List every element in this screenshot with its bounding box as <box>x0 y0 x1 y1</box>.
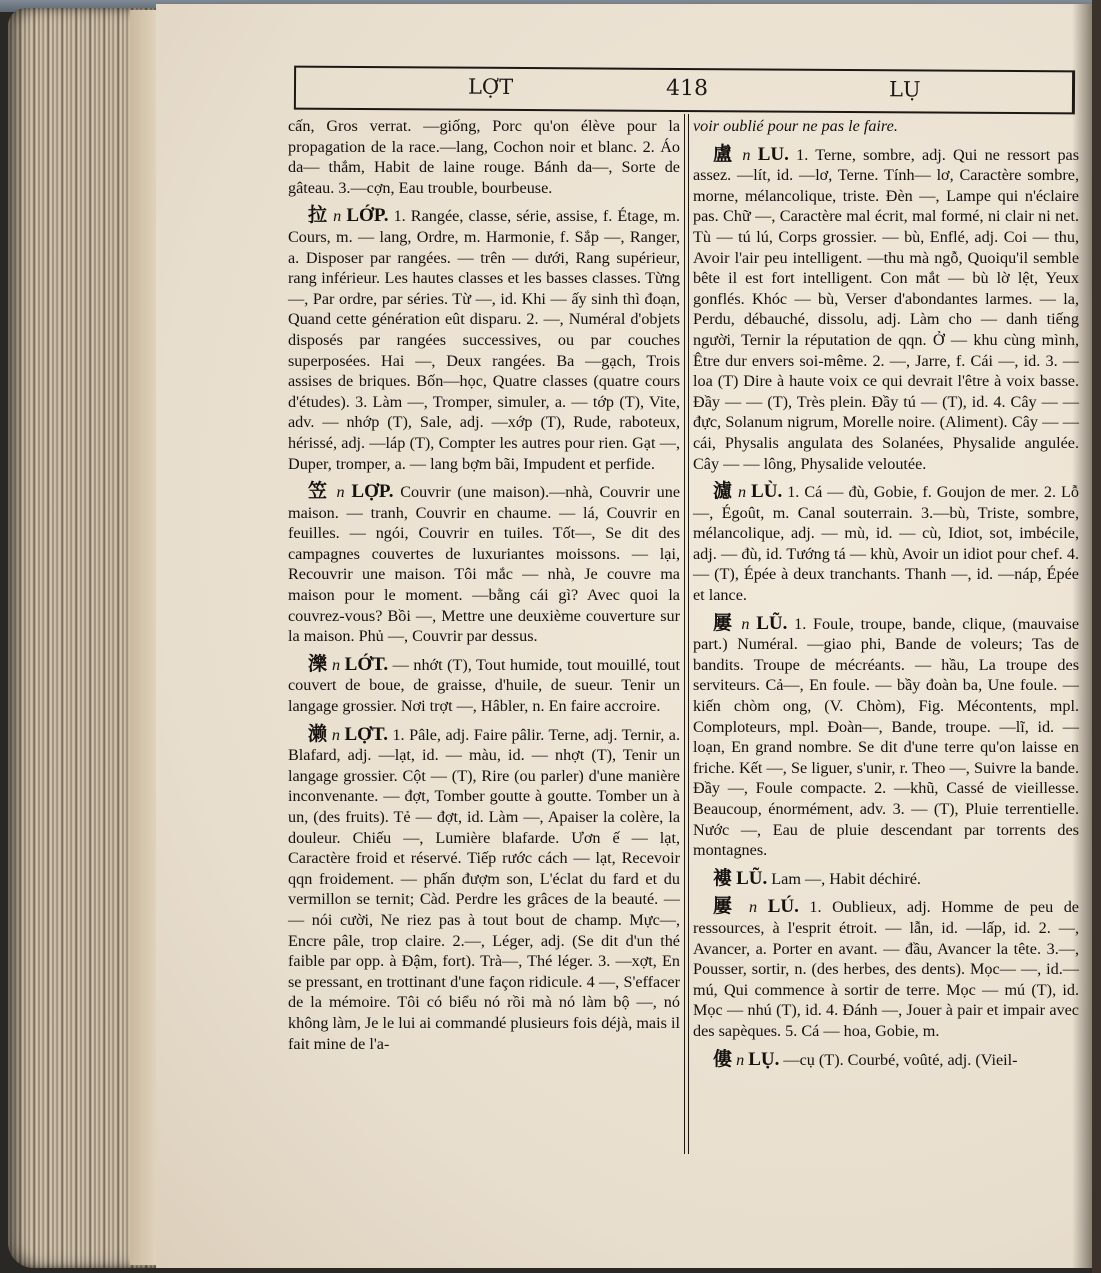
hanzi-character: 笠 <box>308 480 330 502</box>
hanzi-character: 濾 <box>713 480 733 502</box>
entry-text: —cụ (T). Courbé, voûté, adj. (Vieil- <box>783 1051 1017 1069</box>
part-of-speech: n <box>332 726 340 744</box>
book-binding-edge <box>1092 0 1101 1273</box>
entry-continuation: cấn, Gros verrat. —giống, Porc qu'on élè… <box>288 116 680 198</box>
right-column: voir oublié pour ne pas le faire. 盧 n LU… <box>693 116 1079 1077</box>
entry-text: 1. Oublieux, adj. Homme de peu de ressou… <box>693 898 1079 1040</box>
left-column: cấn, Gros verrat. —giống, Porc qu'on élè… <box>288 116 680 1061</box>
entry-continuation: voir oublié pour ne pas le faire. <box>693 116 1079 137</box>
column-divider <box>684 114 689 1154</box>
headword: LỚT. <box>345 654 388 675</box>
header-guide-word-right: LỤ <box>889 77 921 101</box>
entry-text: cấn, Gros verrat. —giống, Porc qu'on élè… <box>288 117 680 197</box>
hanzi-character: 濼 <box>308 653 327 675</box>
header-guide-word-left: LỢT <box>468 75 513 99</box>
entry-text: Lam —, Habit déchiré. <box>771 870 921 888</box>
entry-text: 1. Pâle, adj. Faire pâlir. Terne, adj. T… <box>288 726 680 1053</box>
dictionary-entry: 屢 n LÚ. 1. Oublieux, adj. Homme de peu d… <box>693 896 1079 1041</box>
dictionary-page: LỢT 418 LỤ cấn, Gros verrat. —giống, Por… <box>156 4 1094 1268</box>
entry-text: 1. Terne, sombre, adj. Qui ne ressort pa… <box>693 146 1079 473</box>
running-header: LỢT 418 LỤ <box>294 66 1075 115</box>
dictionary-entry: 濑 n LỢT. 1. Pâle, adj. Faire pâlir. Tern… <box>288 724 680 1055</box>
dictionary-entry: 盧 n LU. 1. Terne, sombre, adj. Qui ne re… <box>693 144 1079 475</box>
headword: LŨ. <box>756 613 787 634</box>
gutter-shadow <box>1072 4 1094 1268</box>
dictionary-entry: 笠 n LỢP. Couvrir (une maison).—nhà, Couv… <box>288 481 680 647</box>
page-edge <box>130 10 156 1265</box>
headword: LÚ. <box>768 896 799 917</box>
part-of-speech: n <box>741 615 749 633</box>
hanzi-character: 屢 <box>713 895 739 917</box>
entry-text: 1. Rangée, classe, série, assise, f. Éta… <box>288 207 680 472</box>
page-number: 418 <box>666 76 708 101</box>
hanzi-character: 僂 <box>713 1048 732 1070</box>
hanzi-character: 濑 <box>308 723 327 745</box>
entry-text: Couvrir (une maison).—nhà, Couvrir une m… <box>288 483 680 645</box>
hanzi-character: 屢 <box>713 612 735 634</box>
part-of-speech: n <box>337 483 345 501</box>
part-of-speech: n <box>736 1051 744 1069</box>
hanzi-character: 盧 <box>713 143 735 165</box>
part-of-speech: n <box>749 898 757 916</box>
dictionary-entry: 濼 n LỚT. — nhớt (T), Tout humide, tout m… <box>288 654 680 717</box>
hanzi-character: 褸 <box>713 867 732 889</box>
dictionary-entry: 屢 n LŨ. 1. Foule, troupe, bande, clique,… <box>693 613 1079 861</box>
headword: LỤ. <box>748 1049 779 1070</box>
dictionary-entry: 拉 n LỚP. 1. Rangée, classe, série, assis… <box>288 205 680 474</box>
hanzi-character: 拉 <box>308 204 328 226</box>
headword: LỚP. <box>346 205 388 226</box>
entry-text: 1. Foule, troupe, bande, clique, (mauvai… <box>693 615 1079 860</box>
part-of-speech: n <box>742 146 750 164</box>
headword: LỢP. <box>351 481 393 502</box>
dictionary-entry: 濾 n LÙ. 1. Cá — đù, Gobie, f. Goujon de … <box>693 481 1079 606</box>
part-of-speech: n <box>333 207 341 225</box>
headword: LÙ. <box>751 481 782 502</box>
dictionary-entry: 褸 LŨ. Lam —, Habit déchiré. <box>693 868 1079 890</box>
part-of-speech: n <box>332 656 340 674</box>
headword: LU. <box>758 144 789 165</box>
headword: LỢT. <box>345 724 388 745</box>
entry-text: voir oublié pour ne pas le faire. <box>693 117 898 135</box>
headword: LŨ. <box>736 868 767 889</box>
part-of-speech: n <box>738 483 746 501</box>
dictionary-entry: 僂 n LỤ. —cụ (T). Courbé, voûté, adj. (Vi… <box>693 1049 1079 1071</box>
